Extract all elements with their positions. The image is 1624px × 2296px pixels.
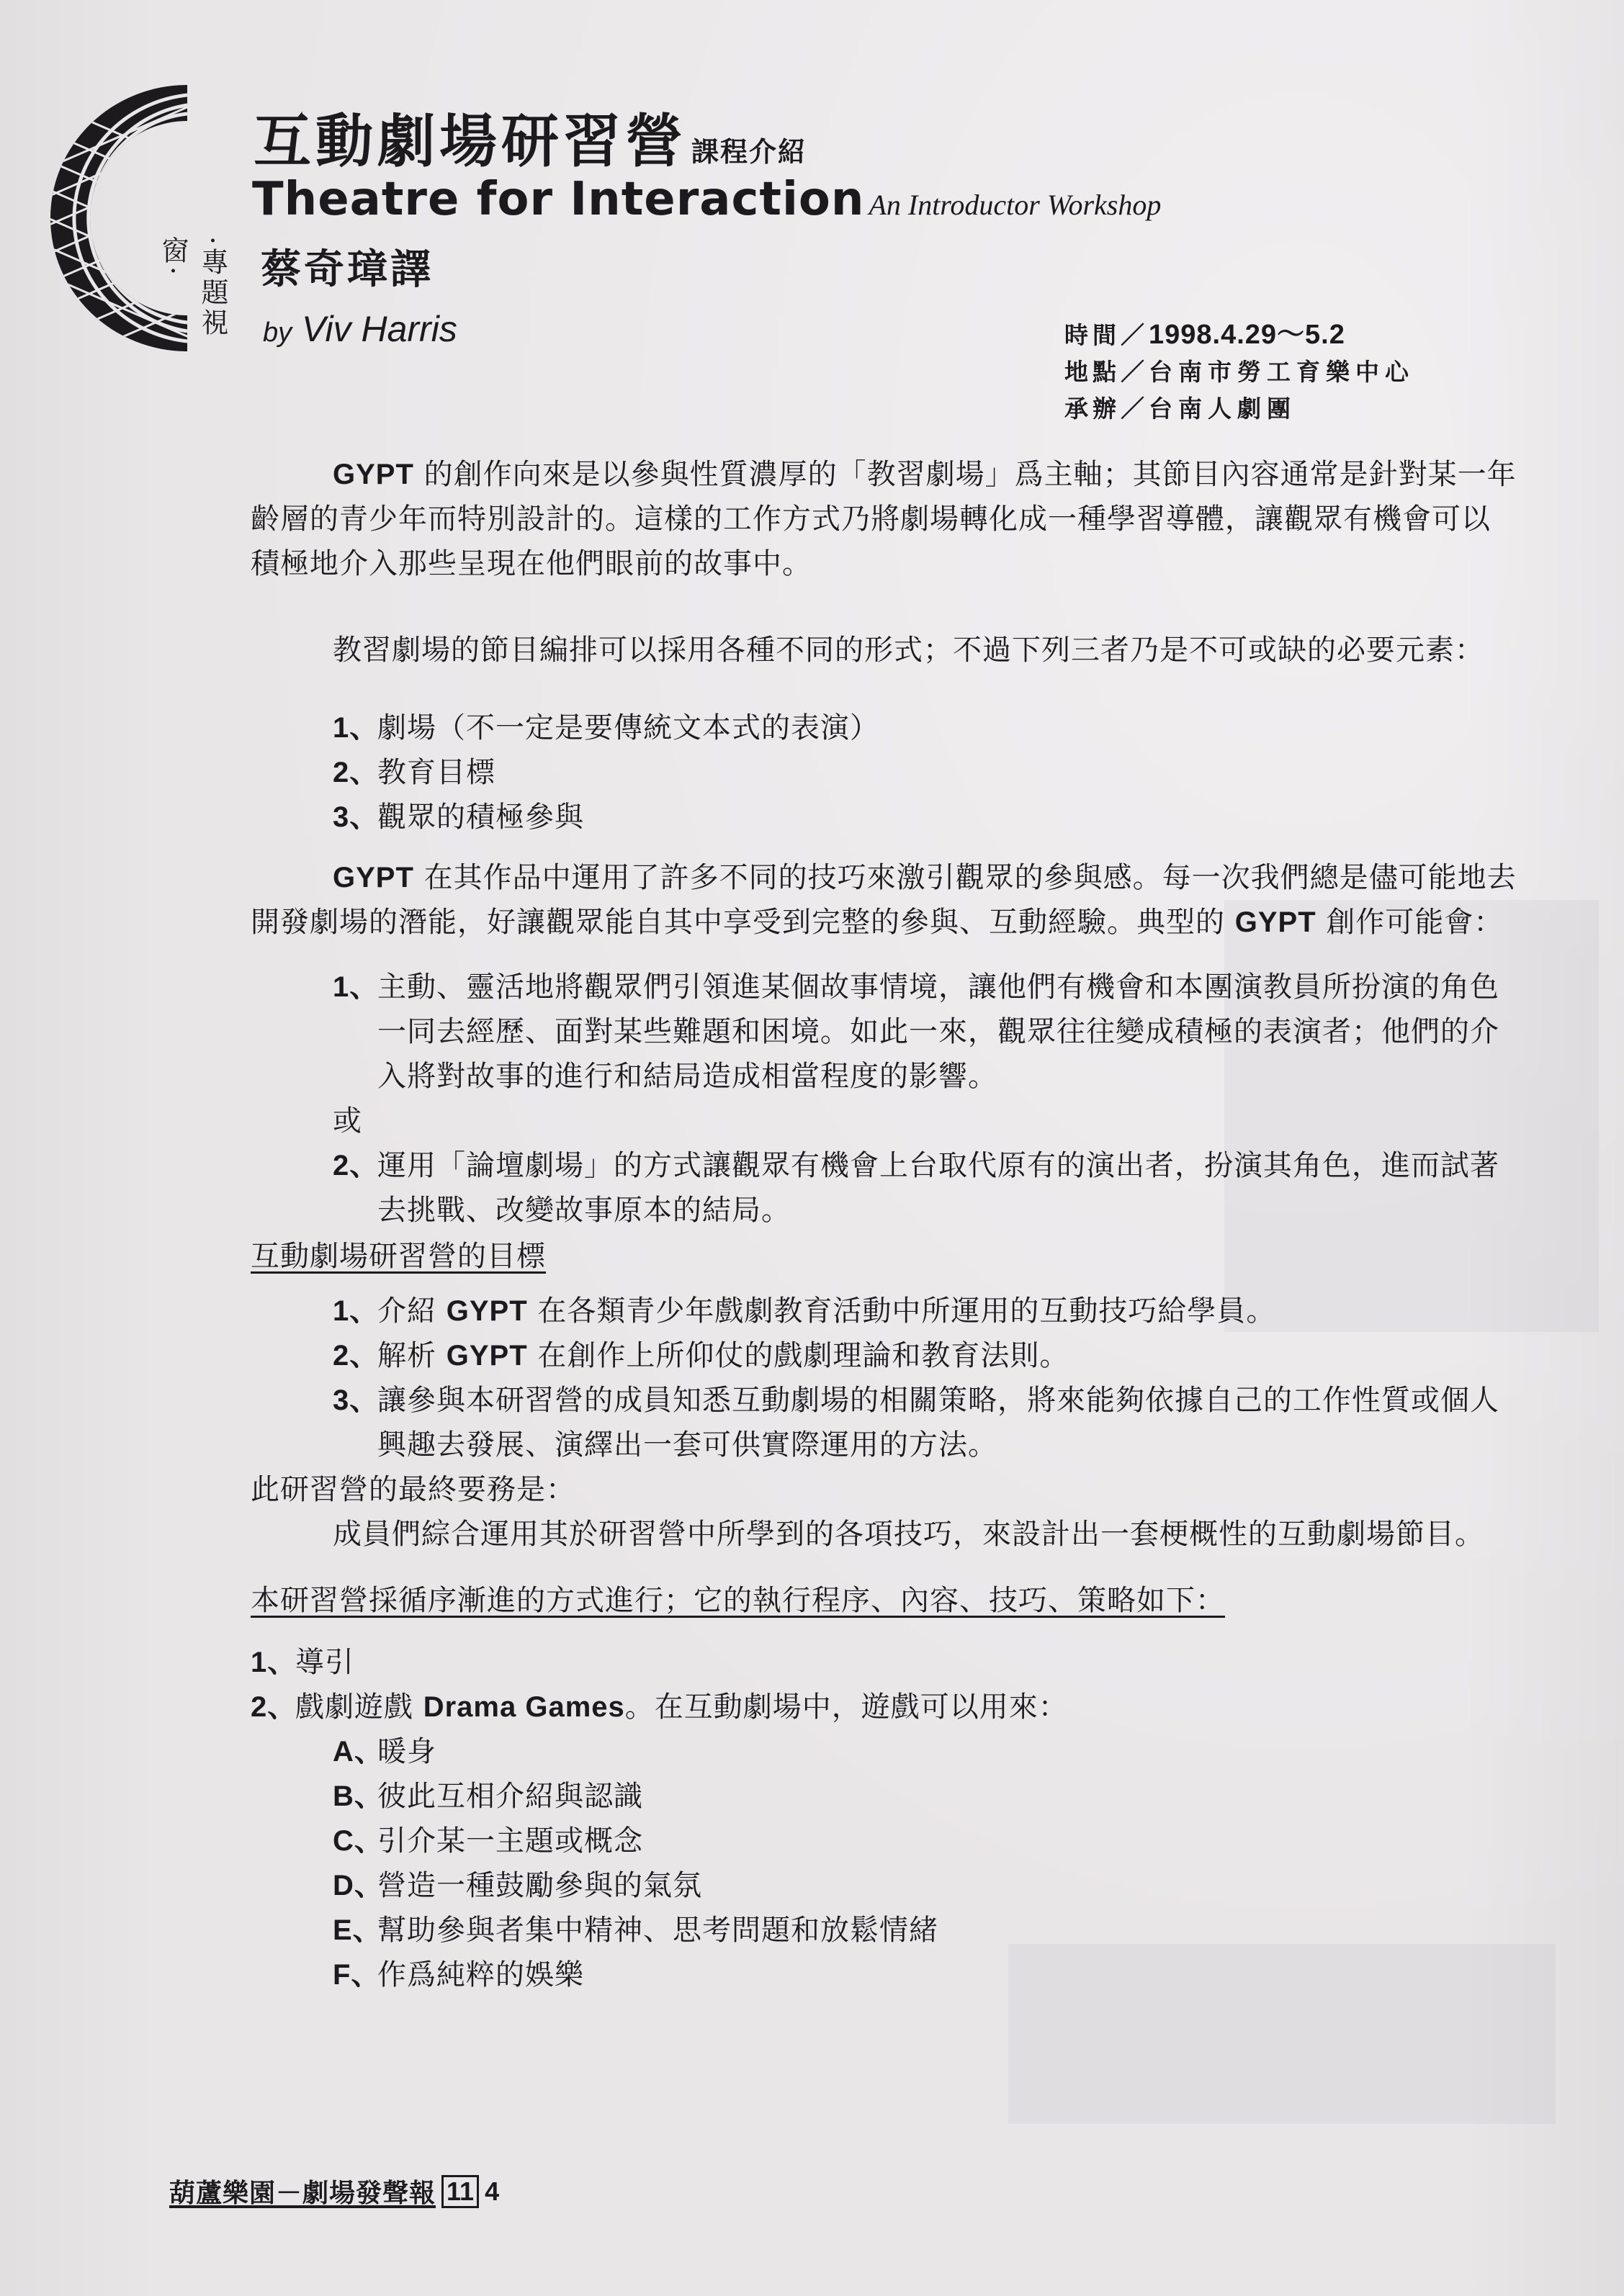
event-location: 地點／台南市勞工育樂中心: [1064, 354, 1414, 390]
procedure-heading: 本研習營採循序漸進的方式進行；它的執行程序、內容、技巧、策略如下：: [251, 1578, 1518, 1623]
list-item: 2、戲劇遊戲 Drama Games。在互動劇場中，遊戲可以用來：: [251, 1685, 1518, 1729]
list-item: 1、介紹 GYPT 在各類青少年戲劇教育活動中所運用的互動技巧給學員。: [333, 1289, 1518, 1333]
goals-list: 1、介紹 GYPT 在各類青少年戲劇教育活動中所運用的互動技巧給學員。 2、解析…: [251, 1289, 1518, 1467]
list-item: F、作爲純粹的娛樂: [333, 1953, 1518, 1997]
list-item: 2、解析 GYPT 在創作上所仰仗的戲劇理論和教育法則。: [333, 1333, 1518, 1378]
intro-paragraph-1: GYPT 的創作向來是以參與性質濃厚的「教習劇場」爲主軸；其節目內容通常是針對某…: [251, 452, 1518, 586]
byline-prefix: by: [263, 318, 292, 348]
list-item: 1、導引: [251, 1640, 1518, 1685]
column-logo: ·專題視窗·: [40, 85, 205, 351]
article-body: GYPT 的創作向來是以參與性質濃厚的「教習劇場」爲主軸；其節目內容通常是針對某…: [251, 452, 1518, 1997]
list-item: B、彼此互相介紹與認識: [333, 1774, 1518, 1819]
gypt-modes-list-2: 2、運用「論壇劇場」的方式讓觀眾有機會上台取代原有的演出者，扮演其角色，進而試著…: [251, 1143, 1518, 1233]
column-label: ·專題視窗·: [204, 236, 233, 351]
list-item: 1、主動、靈活地將觀眾們引領進某個故事情境，讓他們有機會和本團演教員所扮演的角色…: [333, 965, 1518, 1099]
or-label: 或: [251, 1099, 1518, 1143]
publication-name: 葫蘆樂園－劇場發聲報: [169, 2173, 436, 2210]
list-item: D、營造一種鼓勵參與的氣氛: [333, 1863, 1518, 1908]
intro-paragraph-2: 教習劇場的節目編排可以採用各種不同的形式；不過下列三者乃是不可或缺的必要元素：: [251, 628, 1518, 672]
article-title: 互動劇場研習營課程介紹: [254, 95, 807, 178]
list-item: 2、運用「論壇劇場」的方式讓觀眾有機會上台取代原有的演出者，扮演其角色，進而試著…: [333, 1143, 1518, 1233]
translator-credit: 蔡奇璋譯: [261, 238, 434, 295]
drama-games-uses: A、暖身 B、彼此互相介紹與認識 C、引介某一主題或概念 D、營造一種鼓勵參與的…: [251, 1729, 1518, 1997]
event-organizer: 承辦／台南人劇團: [1064, 390, 1414, 427]
gypt-modes-list: 1、主動、靈活地將觀眾們引領進某個故事情境，讓他們有機會和本團演教員所扮演的角色…: [251, 965, 1518, 1099]
event-info: 時間／1998.4.29～5.2 地點／台南市勞工育樂中心 承辦／台南人劇團: [1064, 317, 1414, 427]
list-item: C、引介某一主題或概念: [333, 1819, 1518, 1863]
page-number: 4: [485, 2176, 499, 2207]
list-item: E、幫助參與者集中精神、思考問題和放鬆情緒: [333, 1908, 1518, 1953]
article-title-english: Theatre for InteractionAn Introductor Wo…: [252, 173, 1161, 226]
required-elements-list: 1、劇場（不一定是要傳統文本式的表演） 2、教育目標 3、觀眾的積極參與: [251, 706, 1518, 839]
list-item: 3、觀眾的積極參與: [333, 795, 1518, 839]
final-goal-text: 成員們綜合運用其於研習營中所學到的各項技巧，來設計出一套梗概性的互動劇場節目。: [251, 1512, 1518, 1557]
list-item: 1、劇場（不一定是要傳統文本式的表演）: [333, 706, 1518, 750]
final-goal-label: 此研習營的最終要務是：: [251, 1467, 1518, 1512]
issue-number: 11: [441, 2175, 479, 2208]
title-chinese: 互動劇場研習營: [254, 108, 687, 175]
intro-paragraph-3: GYPT 在其作品中運用了許多不同的技巧來激引觀眾的參與感。每一次我們總是儘可能…: [251, 855, 1518, 945]
procedure-steps: 1、導引 2、戲劇遊戲 Drama Games。在互動劇場中，遊戲可以用來：: [251, 1640, 1518, 1729]
list-item: 3、讓參與本研習營的成員知悉互動劇場的相關策略，將來能夠依據自己的工作性質或個人…: [333, 1378, 1518, 1467]
list-item: 2、教育目標: [333, 750, 1518, 795]
woven-arc-icon: [40, 85, 205, 351]
page-footer: 葫蘆樂園－劇場發聲報 11 4: [169, 2173, 499, 2210]
author-byline: by Viv Harris: [263, 308, 457, 350]
title-subtitle: 課程介紹: [691, 136, 807, 168]
title-english-subtitle: An Introductor Workshop: [869, 189, 1161, 221]
title-english: Theatre for Interaction: [252, 173, 864, 226]
event-time: 時間／1998.4.29～5.2: [1064, 317, 1414, 354]
author-name: Viv Harris: [302, 309, 457, 349]
goals-heading: 互動劇場研習營的目標: [251, 1234, 1518, 1279]
list-item: A、暖身: [333, 1729, 1518, 1774]
